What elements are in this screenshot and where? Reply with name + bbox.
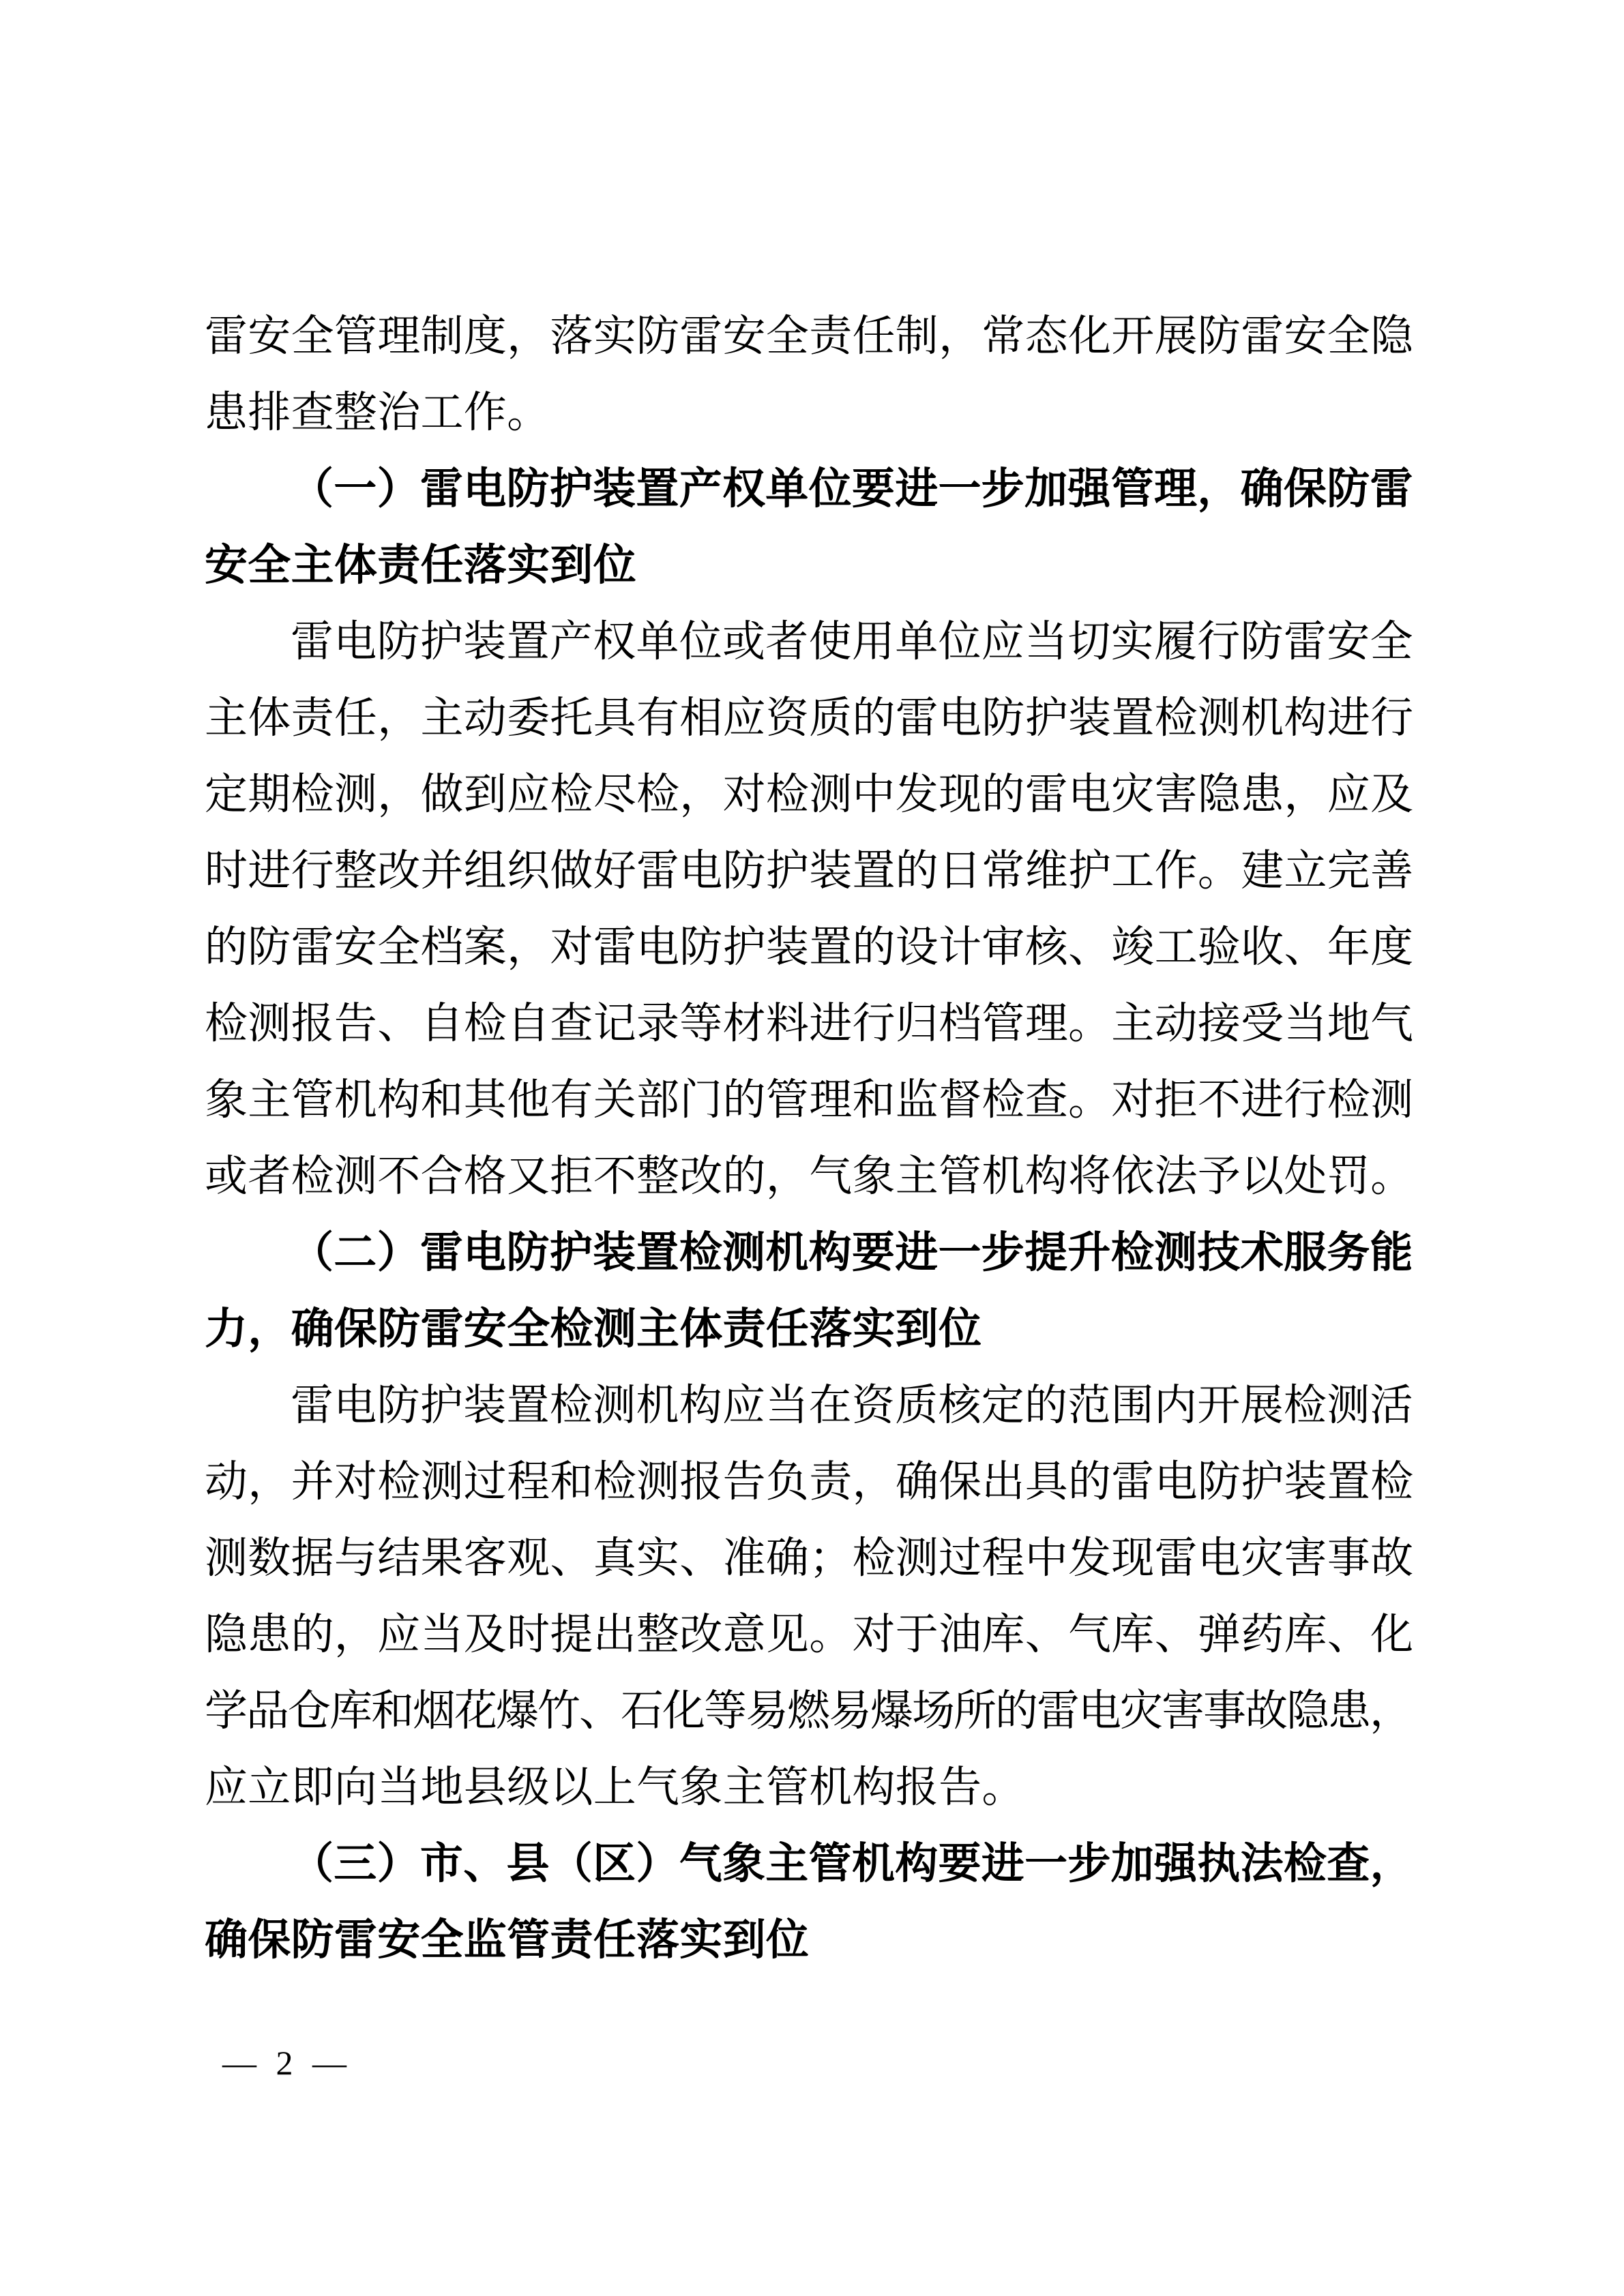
text-line: 象主管机构和其他有关部门的管理和监督检查。对拒不进行检测 xyxy=(205,1062,1417,1138)
text-line: 应立即向当地县级以上气象主管机构报告。 xyxy=(205,1749,1417,1825)
text-line: 时进行整改并组织做好雷电防护装置的日常维护工作。建立完善 xyxy=(205,833,1417,909)
body-text-block: 雷安全管理制度，落实防雷安全责任制，常态化开展防雷安全隐 患排查整治工作。 （一… xyxy=(205,298,1417,1978)
text-line: 雷安全管理制度，落实防雷安全责任制，常态化开展防雷安全隐 xyxy=(205,298,1417,374)
section-heading-line: 确保防雷安全监管责任落实到位 xyxy=(205,1902,1417,1978)
text-line: 隐患的，应当及时提出整改意见。对于油库、气库、弹药库、化 xyxy=(205,1596,1417,1673)
text-line: 主体责任，主动委托具有相应资质的雷电防护装置检测机构进行 xyxy=(205,680,1417,756)
section-heading-line: （一）雷电防护装置产权单位要进一步加强管理，确保防雷 xyxy=(205,451,1417,527)
text-line: 学品仓库和烟花爆竹、石化等易燃易爆场所的雷电灾害事故隐患， xyxy=(205,1673,1417,1749)
document-page: 雷安全管理制度，落实防雷安全责任制，常态化开展防雷安全隐 患排查整治工作。 （一… xyxy=(0,0,1624,2296)
text-line: 雷电防护装置检测机构应当在资质核定的范围内开展检测活 xyxy=(205,1367,1417,1444)
text-line: 动，并对检测过程和检测报告负责，确保出具的雷电防护装置检 xyxy=(205,1444,1417,1520)
page-number: — 2 — xyxy=(222,2031,346,2095)
text-line: 定期检测，做到应检尽检，对检测中发现的雷电灾害隐患，应及 xyxy=(205,756,1417,833)
text-line: 的防雷安全档案，对雷电防护装置的设计审核、竣工验收、年度 xyxy=(205,909,1417,985)
text-line: 或者检测不合格又拒不整改的，气象主管机构将依法予以处罚。 xyxy=(205,1138,1417,1214)
section-heading-line: 力，确保防雷安全检测主体责任落实到位 xyxy=(205,1291,1417,1367)
section-heading-line: （三）市、县（区）气象主管机构要进一步加强执法检查， xyxy=(205,1825,1417,1902)
text-line: 检测报告、自检自查记录等材料进行归档管理。主动接受当地气 xyxy=(205,985,1417,1062)
text-line: 患排查整治工作。 xyxy=(205,374,1417,451)
section-heading-line: （二）雷电防护装置检测机构要进一步提升检测技术服务能 xyxy=(205,1214,1417,1291)
text-line: 雷电防护装置产权单位或者使用单位应当切实履行防雷安全 xyxy=(205,603,1417,680)
text-line: 测数据与结果客观、真实、准确；检测过程中发现雷电灾害事故 xyxy=(205,1520,1417,1596)
section-heading-line: 安全主体责任落实到位 xyxy=(205,527,1417,603)
